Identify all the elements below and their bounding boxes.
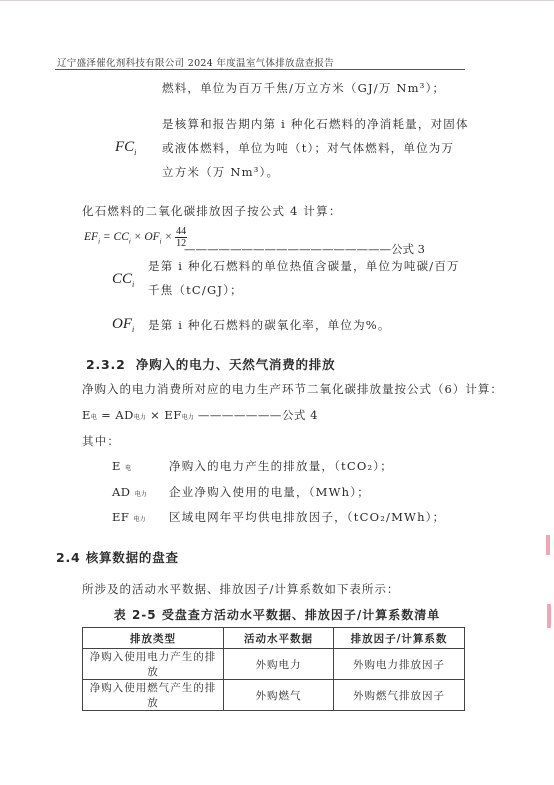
e-elec-definition: 净购入的电力产生的排放量，（tCO₂）； xyxy=(169,459,393,473)
page-top-edge xyxy=(0,0,554,1)
section-2-4-heading: 2.4 核算数据的盘查 xyxy=(56,548,179,566)
formula-3-leader: ——————————————————公式 3 xyxy=(184,242,425,256)
table-intro-text: 所涉及的活动水平数据、排放因子/计算系数如下表所示： xyxy=(82,582,399,596)
cell-emission-type: 净购入使用燃气产生的排放 xyxy=(83,680,224,711)
section-2-3-2-heading: 2.3.2 净购入的电力、天然气消费的排放 xyxy=(86,355,335,373)
fc-definition-line-1: 是核算和报告期内第 i 种化石燃料的净消耗量，对固体 xyxy=(162,117,469,131)
running-header: 辽宁盛泽催化剂科技有限公司 2024 年度温室气体排放盘查报告 xyxy=(57,55,334,69)
fc-definition-line-2: 或液体燃料，单位为吨（t）；对气体燃料，单位为万 xyxy=(162,141,454,155)
seal-stamp-fragment xyxy=(547,604,551,628)
cell-emission-factor: 外购燃气排放因子 xyxy=(334,680,465,711)
formula-3: EFi = CCi × OFi × 4412 xyxy=(84,226,187,249)
table-row: 净购入使用燃气产生的排放 外购燃气 外购燃气排放因子 xyxy=(83,680,465,711)
header-emission-factor: 排放因子/计算系数 xyxy=(334,628,465,649)
cell-activity-data: 外购电力 xyxy=(224,649,334,680)
e-elec-symbol: E 电 xyxy=(112,459,131,476)
ef-intro-text: 化石燃料的二氧化碳排放因子按公式 4 计算： xyxy=(82,204,342,218)
header-emission-type: 排放类型 xyxy=(83,628,224,649)
ad-elec-definition: 企业净购入使用的电量，（MWh）； xyxy=(169,485,370,499)
ad-elec-symbol: AD 电力 xyxy=(112,485,147,502)
table-caption: 表 2-5 受盘查方活动水平数据、排放因子/计算系数清单 xyxy=(0,606,554,623)
seal-stamp-fragment xyxy=(546,535,550,555)
cc-definition-line-1: 是第 i 种化石燃料的单位热值含碳量，单位为吨碳/百万 xyxy=(148,259,460,273)
ef-elec-symbol: EF 电力 xyxy=(112,510,146,527)
header-divider xyxy=(55,69,465,70)
of-definition: 是第 i 种化石燃料的碳氧化率，单位为%。 xyxy=(148,318,391,332)
cell-emission-type: 净购入使用电力产生的排放 xyxy=(83,649,224,680)
where-label: 其中： xyxy=(82,434,120,448)
electricity-intro-text: 净购入的电力消费所对应的电力生产环节二氧化碳排放量按公式（6）计算： xyxy=(82,382,503,396)
cell-activity-data: 外购燃气 xyxy=(224,680,334,711)
table-header-row: 排放类型 活动水平数据 排放因子/计算系数 xyxy=(83,628,465,649)
table-row: 净购入使用电力产生的排放 外购电力 外购电力排放因子 xyxy=(83,649,465,680)
activity-data-table: 排放类型 活动水平数据 排放因子/计算系数 净购入使用电力产生的排放 外购电力 … xyxy=(82,627,465,711)
ncv-definition-tail: 燃料，单位为百万千焦/万立方米（GJ/万 Nm³）； xyxy=(162,81,445,95)
fc-definition-line-3: 立方米（万 Nm³）。 xyxy=(162,165,279,179)
cell-emission-factor: 外购电力排放因子 xyxy=(334,649,465,680)
fc-symbol: FCi xyxy=(115,139,136,157)
of-symbol: OFi xyxy=(112,316,134,334)
cc-symbol: CCi xyxy=(112,271,134,289)
header-activity-data: 活动水平数据 xyxy=(224,628,334,649)
ef-elec-definition: 区域电网年平均供电排放因子，（tCO₂/MWh）； xyxy=(169,510,445,524)
formula-4: E电 = AD电力 × EF电力 ———————公式 4 xyxy=(82,408,318,425)
cc-definition-line-2: 千焦（tC/GJ）； xyxy=(148,283,243,297)
